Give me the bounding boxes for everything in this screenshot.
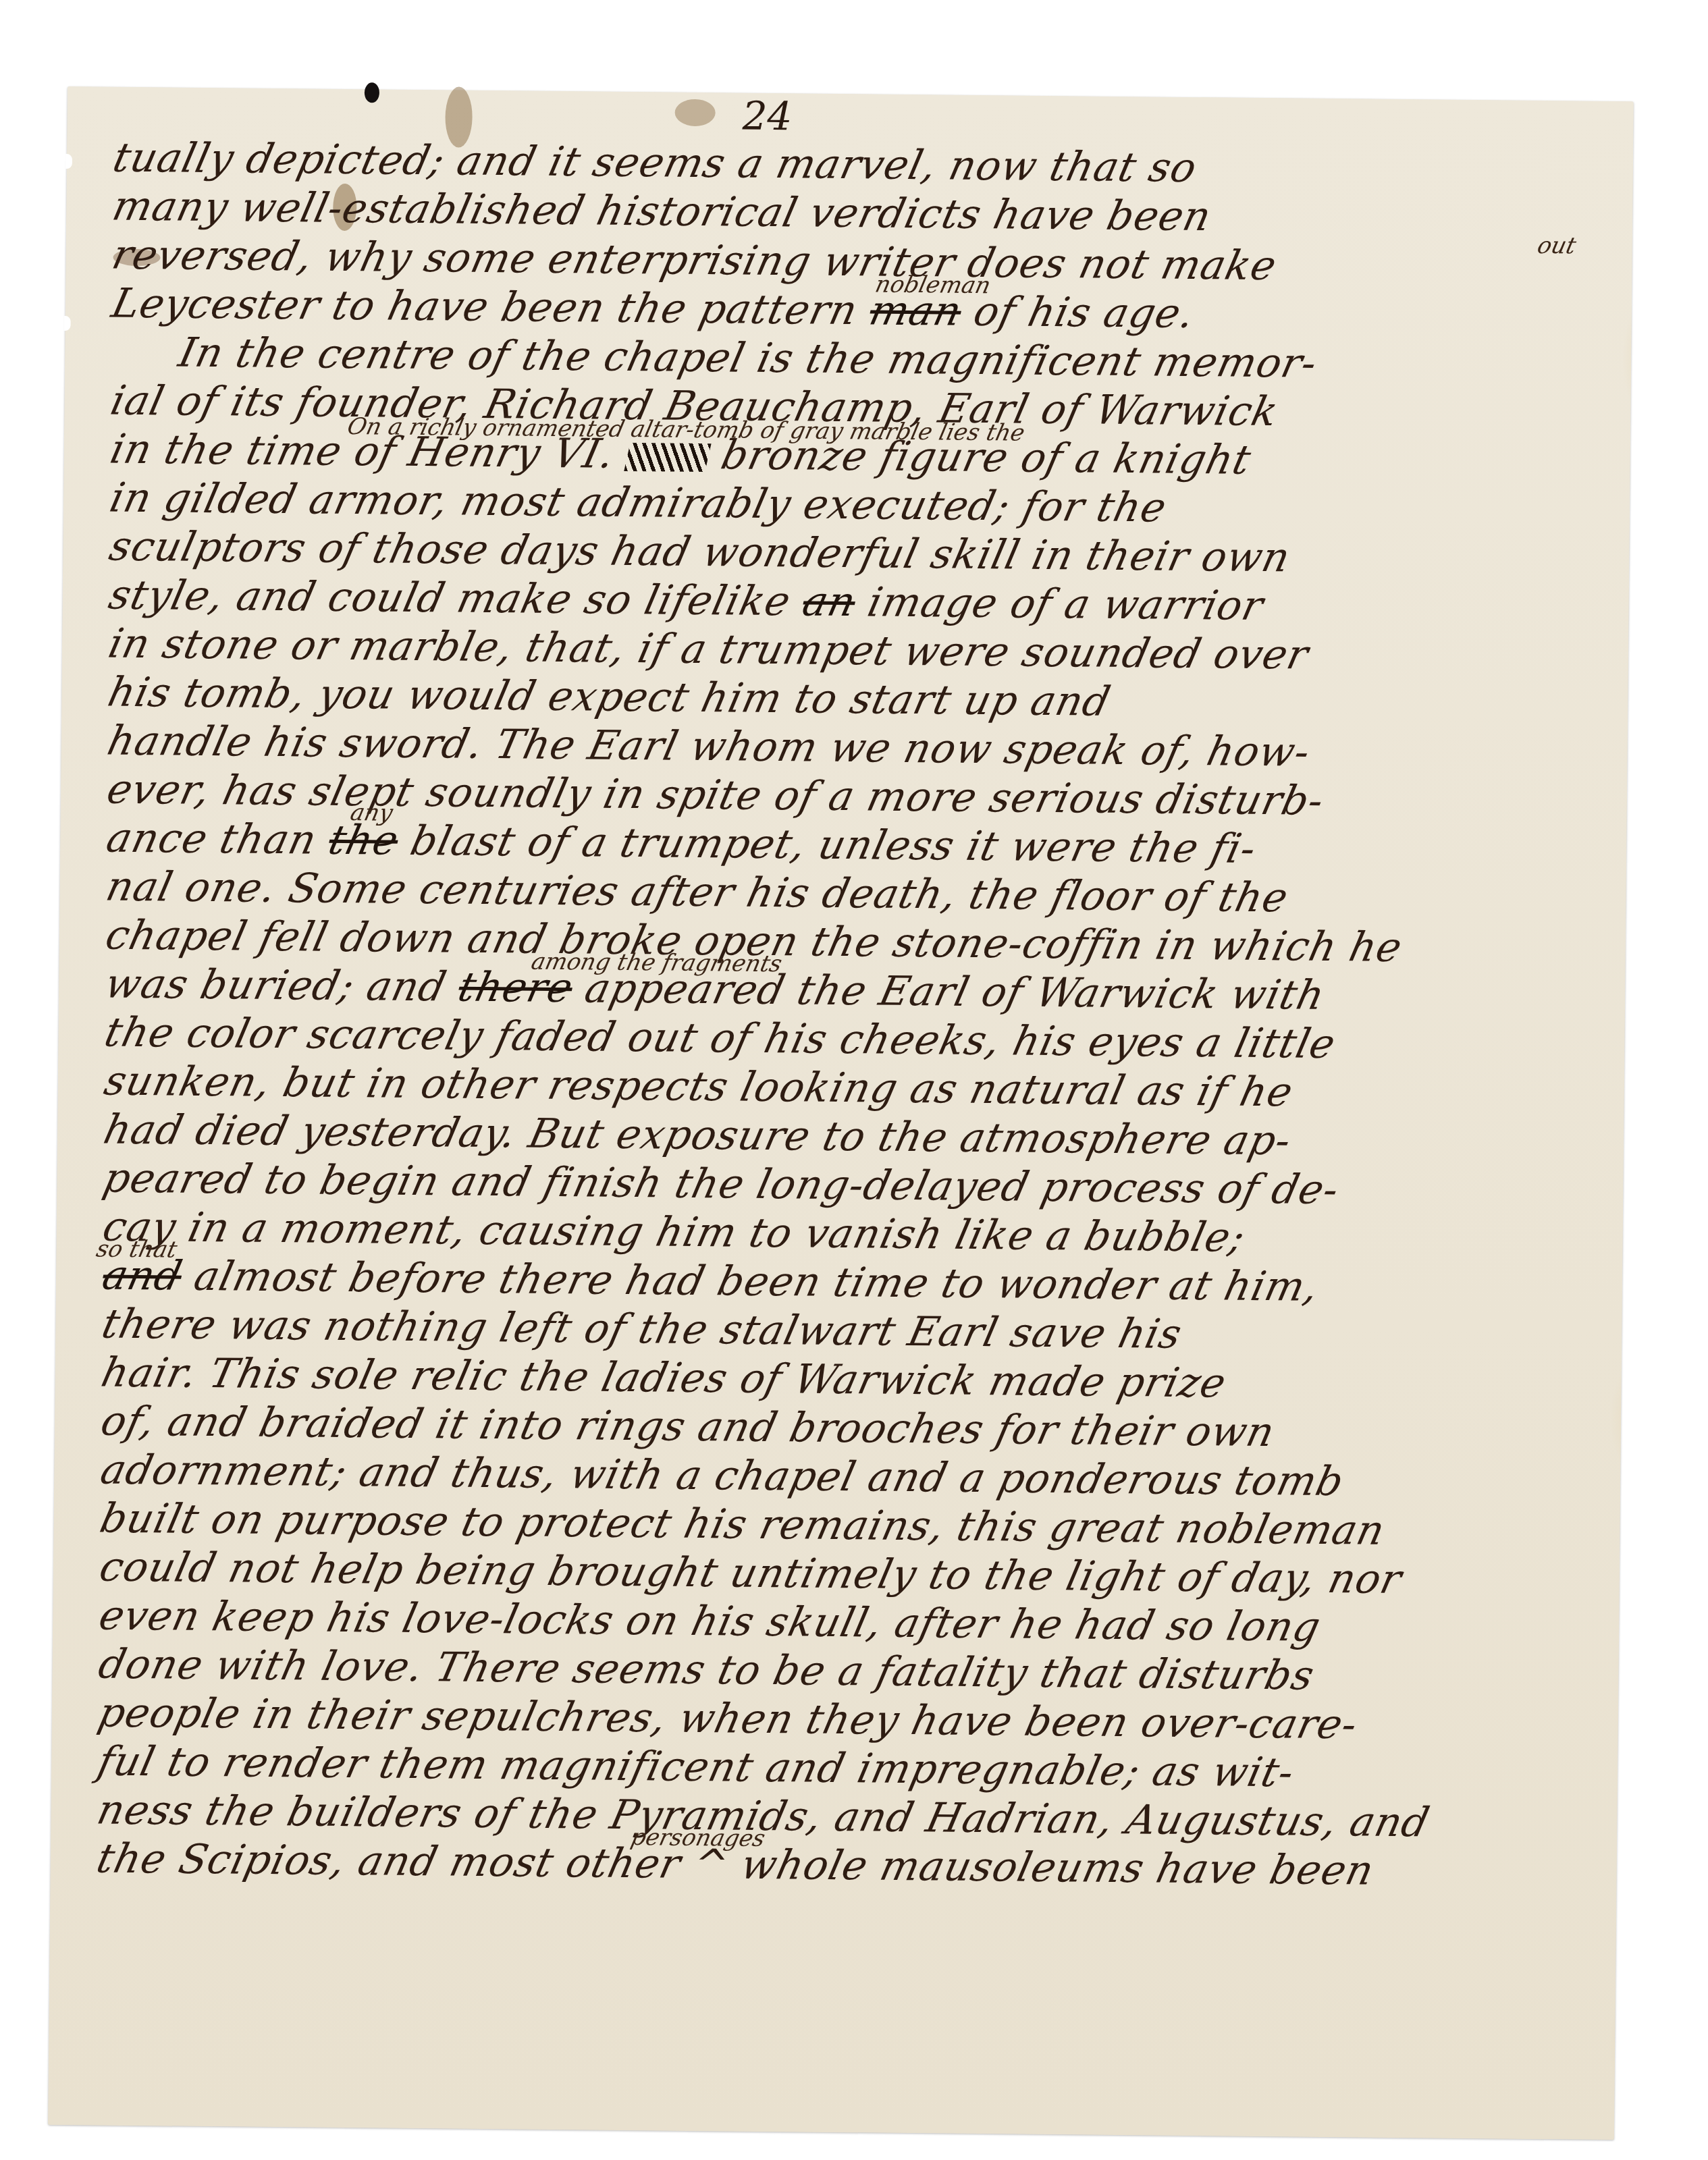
text-segment: the Scipios, and most other: [92, 1835, 685, 1888]
paper-notch: [64, 316, 71, 331]
text-segment: was buried; and: [101, 961, 450, 1011]
paper-notch: [65, 154, 72, 169]
text-segment: in the time of Henry VI.: [106, 426, 619, 478]
insertion-caret: ^: [689, 1841, 734, 1888]
struck-word: and: [98, 1252, 186, 1300]
struck-word: there: [454, 964, 577, 1012]
text-segment: style, and could make so lifelike: [105, 572, 795, 626]
ink-stain: [674, 99, 715, 127]
text-segment: of his age.: [969, 288, 1199, 337]
struck-word: man: [865, 288, 967, 335]
text-segment: bronze figure of a knight: [717, 431, 1256, 483]
struck-word: the: [324, 817, 403, 865]
text-segment: whole mausoleums have been: [737, 1841, 1379, 1895]
scribbled-out-word: [624, 443, 711, 472]
text-segment: image of a warrior: [863, 579, 1268, 630]
manuscript-page: 24 tually depicted; and it seems a marve…: [48, 86, 1634, 2140]
page-number: 24: [742, 93, 792, 140]
text-segment: appeared the Earl of Warwick with: [581, 965, 1329, 1019]
text-segment: ance than: [103, 815, 321, 864]
text-segment: almost before there had been time to won…: [190, 1253, 1323, 1311]
struck-word: an: [799, 578, 861, 626]
text-segment: Leycester to have been the pattern: [107, 280, 862, 334]
text-segment: blast of a trumpet, unless it were the f…: [406, 817, 1261, 873]
ink-blot: [365, 82, 379, 103]
